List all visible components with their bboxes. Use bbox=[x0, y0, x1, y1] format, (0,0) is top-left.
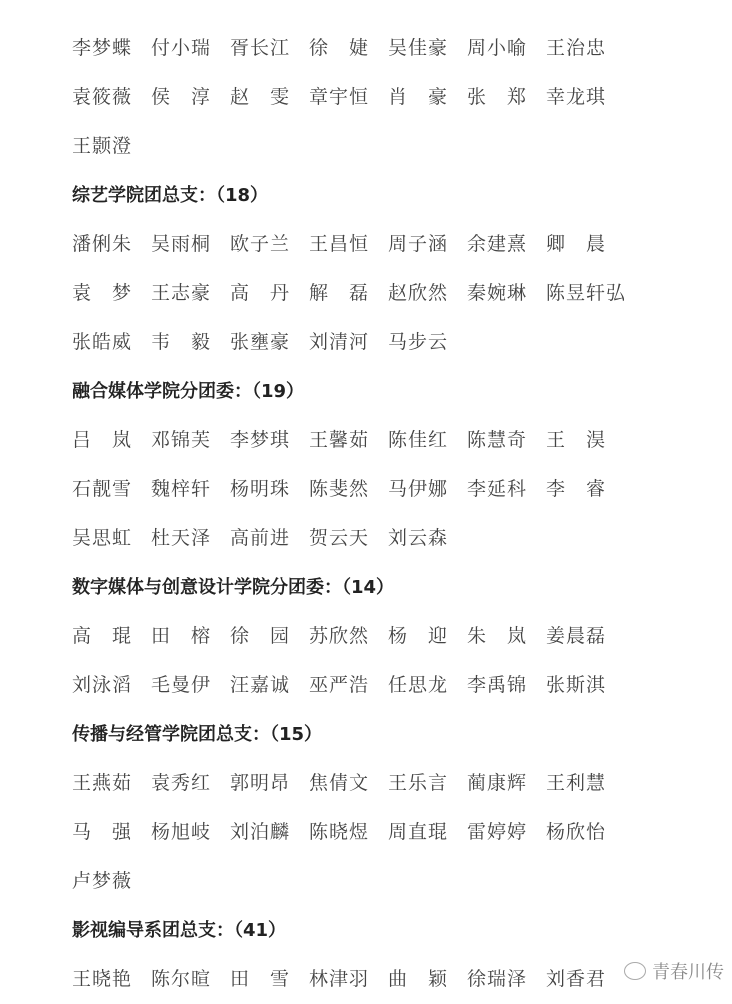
member-name: 李梦蝶 bbox=[72, 33, 151, 60]
member-name: 吴思虹 bbox=[72, 523, 151, 550]
member-name: 周直琨 bbox=[388, 817, 467, 844]
name-row: 王晓艳陈尔暄田 雪林津羽曲 颖徐瑞泽刘香君 bbox=[72, 953, 712, 1002]
member-name: 吴佳豪 bbox=[388, 33, 467, 60]
section-heading: 融合媒体学院分团委：（19） bbox=[72, 365, 712, 414]
section-heading: 综艺学院团总支：（18） bbox=[72, 169, 712, 218]
name-row: 王燕茹袁秀红郭明昂焦倩文王乐言蔺康辉王利慧 bbox=[72, 757, 712, 806]
member-name: 章宇恒 bbox=[309, 82, 388, 109]
member-name: 朱 岚 bbox=[467, 621, 546, 648]
member-name: 巫严浩 bbox=[309, 670, 388, 697]
member-name: 王治忠 bbox=[546, 33, 625, 60]
member-name: 付小瑞 bbox=[151, 33, 230, 60]
member-name: 高 琨 bbox=[72, 621, 151, 648]
name-row: 王颢澄 bbox=[72, 120, 712, 169]
member-name: 卢梦薇 bbox=[72, 866, 151, 893]
member-name: 焦倩文 bbox=[309, 768, 388, 795]
member-name: 田 雪 bbox=[230, 964, 309, 991]
member-name: 王昌恒 bbox=[309, 229, 388, 256]
member-name: 刘泊麟 bbox=[230, 817, 309, 844]
name-row: 吴思虹杜天泽高前进贺云天刘云森 bbox=[72, 512, 712, 561]
member-name: 高前进 bbox=[230, 523, 309, 550]
section-heading: 传播与经管学院团总支：（15） bbox=[72, 708, 712, 757]
member-name: 秦婉琳 bbox=[467, 278, 546, 305]
member-name: 苏欣然 bbox=[309, 621, 388, 648]
member-name: 徐瑞泽 bbox=[467, 964, 546, 991]
member-name: 周小喻 bbox=[467, 33, 546, 60]
member-name: 王晓艳 bbox=[72, 964, 151, 991]
name-row: 潘俐朱吴雨桐欧子兰王昌恒周子涵余建熹卿 晨 bbox=[72, 218, 712, 267]
member-name: 徐 园 bbox=[230, 621, 309, 648]
member-name: 林津羽 bbox=[309, 964, 388, 991]
member-name: 张壅豪 bbox=[230, 327, 309, 354]
member-name: 魏梓轩 bbox=[151, 474, 230, 501]
member-name: 李延科 bbox=[467, 474, 546, 501]
member-name: 蔺康辉 bbox=[467, 768, 546, 795]
member-name: 幸龙琪 bbox=[546, 82, 625, 109]
member-name: 陈慧奇 bbox=[467, 425, 546, 452]
member-name: 杨 迎 bbox=[388, 621, 467, 648]
member-name: 郭明昂 bbox=[230, 768, 309, 795]
member-name: 韦 毅 bbox=[151, 327, 230, 354]
member-name: 陈斐然 bbox=[309, 474, 388, 501]
member-name: 吴雨桐 bbox=[151, 229, 230, 256]
name-row: 吕 岚邓锦芙李梦琪王馨茹陈佳红陈慧奇王 淏 bbox=[72, 414, 712, 463]
member-name: 雷婷婷 bbox=[467, 817, 546, 844]
member-name: 胥长江 bbox=[230, 33, 309, 60]
name-row: 张皓威韦 毅张壅豪刘清河马步云 bbox=[72, 316, 712, 365]
name-row: 袁筱薇侯 淳赵 雯章宇恒肖 豪张 郑幸龙琪 bbox=[72, 71, 712, 120]
member-name: 卿 晨 bbox=[546, 229, 625, 256]
member-name: 李 睿 bbox=[546, 474, 625, 501]
member-name: 赵欣然 bbox=[388, 278, 467, 305]
member-name: 石靓雪 bbox=[72, 474, 151, 501]
member-name: 田 榕 bbox=[151, 621, 230, 648]
section-heading: 数字媒体与创意设计学院分团委：（14） bbox=[72, 561, 712, 610]
member-name: 王 淏 bbox=[546, 425, 625, 452]
member-name: 杜天泽 bbox=[151, 523, 230, 550]
member-name: 徐 婕 bbox=[309, 33, 388, 60]
member-name: 王颢澄 bbox=[72, 131, 151, 158]
member-name: 高 丹 bbox=[230, 278, 309, 305]
member-name: 刘泳滔 bbox=[72, 670, 151, 697]
member-name: 侯 淳 bbox=[151, 82, 230, 109]
member-name: 王馨茹 bbox=[309, 425, 388, 452]
member-name: 陈昱轩弘 bbox=[546, 278, 625, 305]
member-name: 潘俐朱 bbox=[72, 229, 151, 256]
member-name: 张斯淇 bbox=[546, 670, 625, 697]
name-row: 马 强杨旭岐刘泊麟陈晓煜周直琨雷婷婷杨欣怡 bbox=[72, 806, 712, 855]
name-row: 刘泳滔毛曼伊汪嘉诚巫严浩任思龙李禹锦张斯淇 bbox=[72, 659, 712, 708]
member-name: 赵 雯 bbox=[230, 82, 309, 109]
watermark-text: 青春川传 bbox=[652, 958, 724, 984]
member-name: 刘香君 bbox=[546, 964, 625, 991]
name-row: 高 琨田 榕徐 园苏欣然杨 迎朱 岚姜晨磊 bbox=[72, 610, 712, 659]
member-name: 李禹锦 bbox=[467, 670, 546, 697]
member-name: 马 强 bbox=[72, 817, 151, 844]
section-heading: 影视编导系团总支：（41） bbox=[72, 904, 712, 953]
name-row: 袁 梦王志豪高 丹解 磊赵欣然秦婉琳陈昱轩弘 bbox=[72, 267, 712, 316]
watermark: 青春川传 bbox=[624, 958, 724, 984]
member-name: 王燕茹 bbox=[72, 768, 151, 795]
member-name: 杨明珠 bbox=[230, 474, 309, 501]
member-name: 陈佳红 bbox=[388, 425, 467, 452]
member-name: 贺云天 bbox=[309, 523, 388, 550]
member-name: 邓锦芙 bbox=[151, 425, 230, 452]
member-name: 汪嘉诚 bbox=[230, 670, 309, 697]
member-name: 杨欣怡 bbox=[546, 817, 625, 844]
member-name: 姜晨磊 bbox=[546, 621, 625, 648]
member-name: 刘清河 bbox=[309, 327, 388, 354]
member-name: 毛曼伊 bbox=[151, 670, 230, 697]
member-name: 余建熹 bbox=[467, 229, 546, 256]
member-name: 欧子兰 bbox=[230, 229, 309, 256]
member-name: 王利慧 bbox=[546, 768, 625, 795]
name-row: 李梦蝶付小瑞胥长江徐 婕吴佳豪周小喻王治忠 bbox=[72, 22, 712, 71]
wechat-icon bbox=[624, 962, 646, 980]
member-name: 王乐言 bbox=[388, 768, 467, 795]
member-name: 张皓威 bbox=[72, 327, 151, 354]
member-name: 袁 梦 bbox=[72, 278, 151, 305]
member-name: 曲 颖 bbox=[388, 964, 467, 991]
member-name: 任思龙 bbox=[388, 670, 467, 697]
member-name: 马步云 bbox=[388, 327, 467, 354]
member-name: 杨旭岐 bbox=[151, 817, 230, 844]
document-body: 李梦蝶付小瑞胥长江徐 婕吴佳豪周小喻王治忠袁筱薇侯 淳赵 雯章宇恒肖 豪张 郑幸… bbox=[72, 22, 712, 1002]
member-name: 吕 岚 bbox=[72, 425, 151, 452]
member-name: 张 郑 bbox=[467, 82, 546, 109]
member-name: 刘云森 bbox=[388, 523, 467, 550]
name-row: 石靓雪魏梓轩杨明珠陈斐然马伊娜李延科李 睿 bbox=[72, 463, 712, 512]
member-name: 李梦琪 bbox=[230, 425, 309, 452]
member-name: 肖 豪 bbox=[388, 82, 467, 109]
member-name: 陈晓煜 bbox=[309, 817, 388, 844]
member-name: 袁筱薇 bbox=[72, 82, 151, 109]
member-name: 王志豪 bbox=[151, 278, 230, 305]
member-name: 解 磊 bbox=[309, 278, 388, 305]
member-name: 马伊娜 bbox=[388, 474, 467, 501]
member-name: 周子涵 bbox=[388, 229, 467, 256]
name-row: 卢梦薇 bbox=[72, 855, 712, 904]
member-name: 陈尔暄 bbox=[151, 964, 230, 991]
member-name: 袁秀红 bbox=[151, 768, 230, 795]
